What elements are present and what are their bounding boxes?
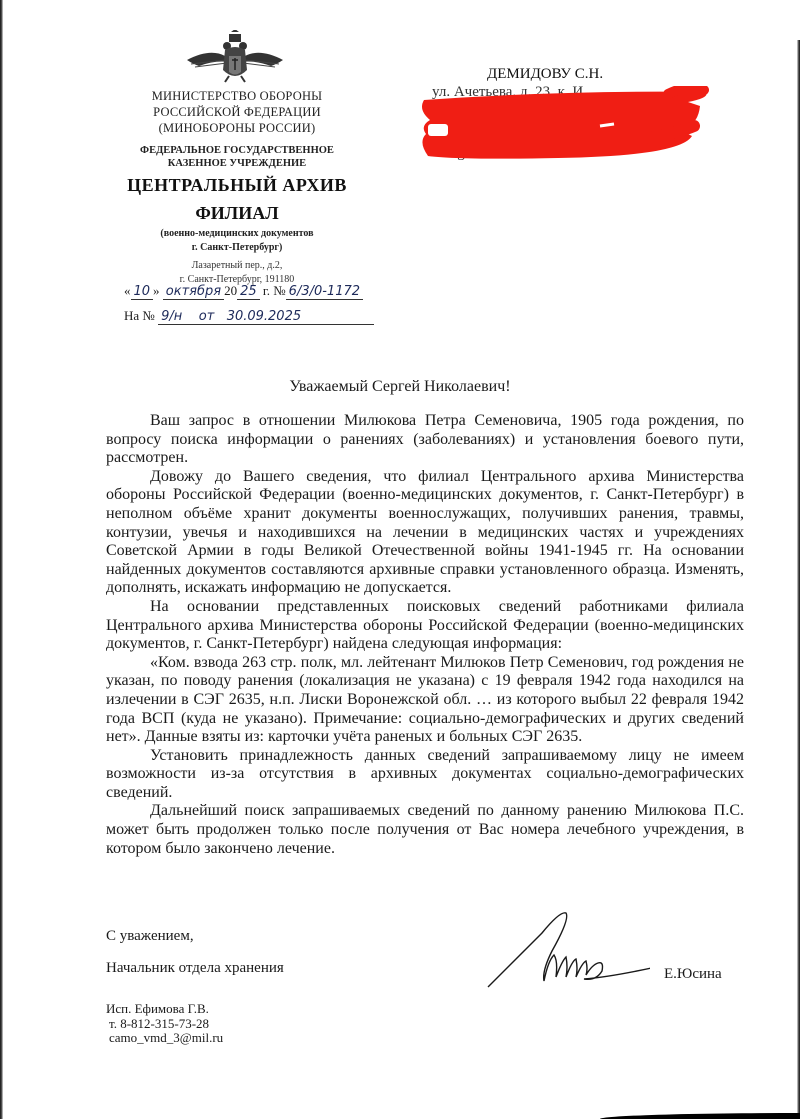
paragraph-found-record: «Ком. взвода 263 стр. полк, мл. лейтенан… [106,654,744,747]
executor-phone: т. 8-812-315-73-28 [106,1017,223,1032]
reference-value: 9/н от 30.09.2025 [158,309,374,325]
quote-close: » [153,283,160,298]
salutation: Уважаемый Сергей Николаевич! [0,378,800,396]
recipient-name: ДЕМИДОВУ С.Н. [487,66,603,83]
year-label: г. № [263,283,286,298]
institution-type-line-2: КАЗЕННОЕ УЧРЕЖДЕНИЕ [77,157,397,170]
date-month: октября [163,284,224,300]
signer-position: Начальник отдела хранения [106,960,284,977]
paragraph-further-search: Дальнейший поиск запрашиваемых сведений … [106,802,744,858]
outgoing-number: 6/3/0-1172 [286,284,363,300]
paragraph-search-basis: На основании представленных поисковых св… [106,598,744,654]
paragraph-archive-info: Довожу до Вашего сведения, что филиал Це… [106,468,744,598]
photo-edge-shadow-left [0,0,3,1119]
reference-date: 30.09.2025 [227,309,301,324]
handwritten-signature-icon [480,905,650,990]
closing: С уважением, [106,928,194,945]
archive-name: ЦЕНТРАЛЬНЫЙ АРХИВ [77,175,397,196]
date-day: 10 [131,284,154,300]
branch-subtitle-line-2: г. Санкт-Петербург) [77,240,397,255]
executor-block: Исп. Ефимова Г.В. т. 8-812-315-73-28 cam… [106,1002,223,1046]
outgoing-date-line: «10» октября2025 г. №6/3/0-1172 [124,283,363,300]
reference-number: 9/н [161,309,182,324]
letter-body: Ваш запрос в отношении Милюкова Петра Се… [106,412,744,858]
executor-email: camo_vmd_3@mil.ru [106,1031,223,1046]
reference-label: На № [124,308,155,323]
branch-subtitle-line-1: (военно-медицинских документов [77,226,397,241]
paragraph-request: Ваш запрос в отношении Милюкова Петра Се… [106,412,744,468]
photo-edge-shadow-bottom [600,1113,800,1119]
branch-title: ФИЛИАЛ [77,203,397,224]
reference-from-label: от [199,309,215,324]
paragraph-identity-note: Установить принадлежность данных сведени… [106,747,744,803]
ministry-name-line-1: МИНИСТЕРСТВО ОБОРОНЫ [77,88,397,104]
year-prefix: 20 [224,283,237,298]
signer-name: Е.Юсина [664,966,722,983]
ministry-abbrev: (МИНОБОРОНЫ РОССИИ) [77,120,397,136]
double-headed-eagle-icon [185,30,285,85]
executor-name: Исп. Ефимова Г.В. [106,1002,223,1017]
address-line-1: Лазаретный пер., д.2, [77,258,397,273]
redaction-scribble [418,86,710,160]
institution-type-line-1: ФЕДЕРАЛЬНОЕ ГОСУДАРСТВЕННОЕ [77,144,397,157]
year-suffix: 25 [237,284,260,300]
ministry-name-line-2: РОССИЙСКОЙ ФЕДЕРАЦИИ [77,104,397,120]
reference-line: На № 9/н от 30.09.2025 [124,308,374,325]
